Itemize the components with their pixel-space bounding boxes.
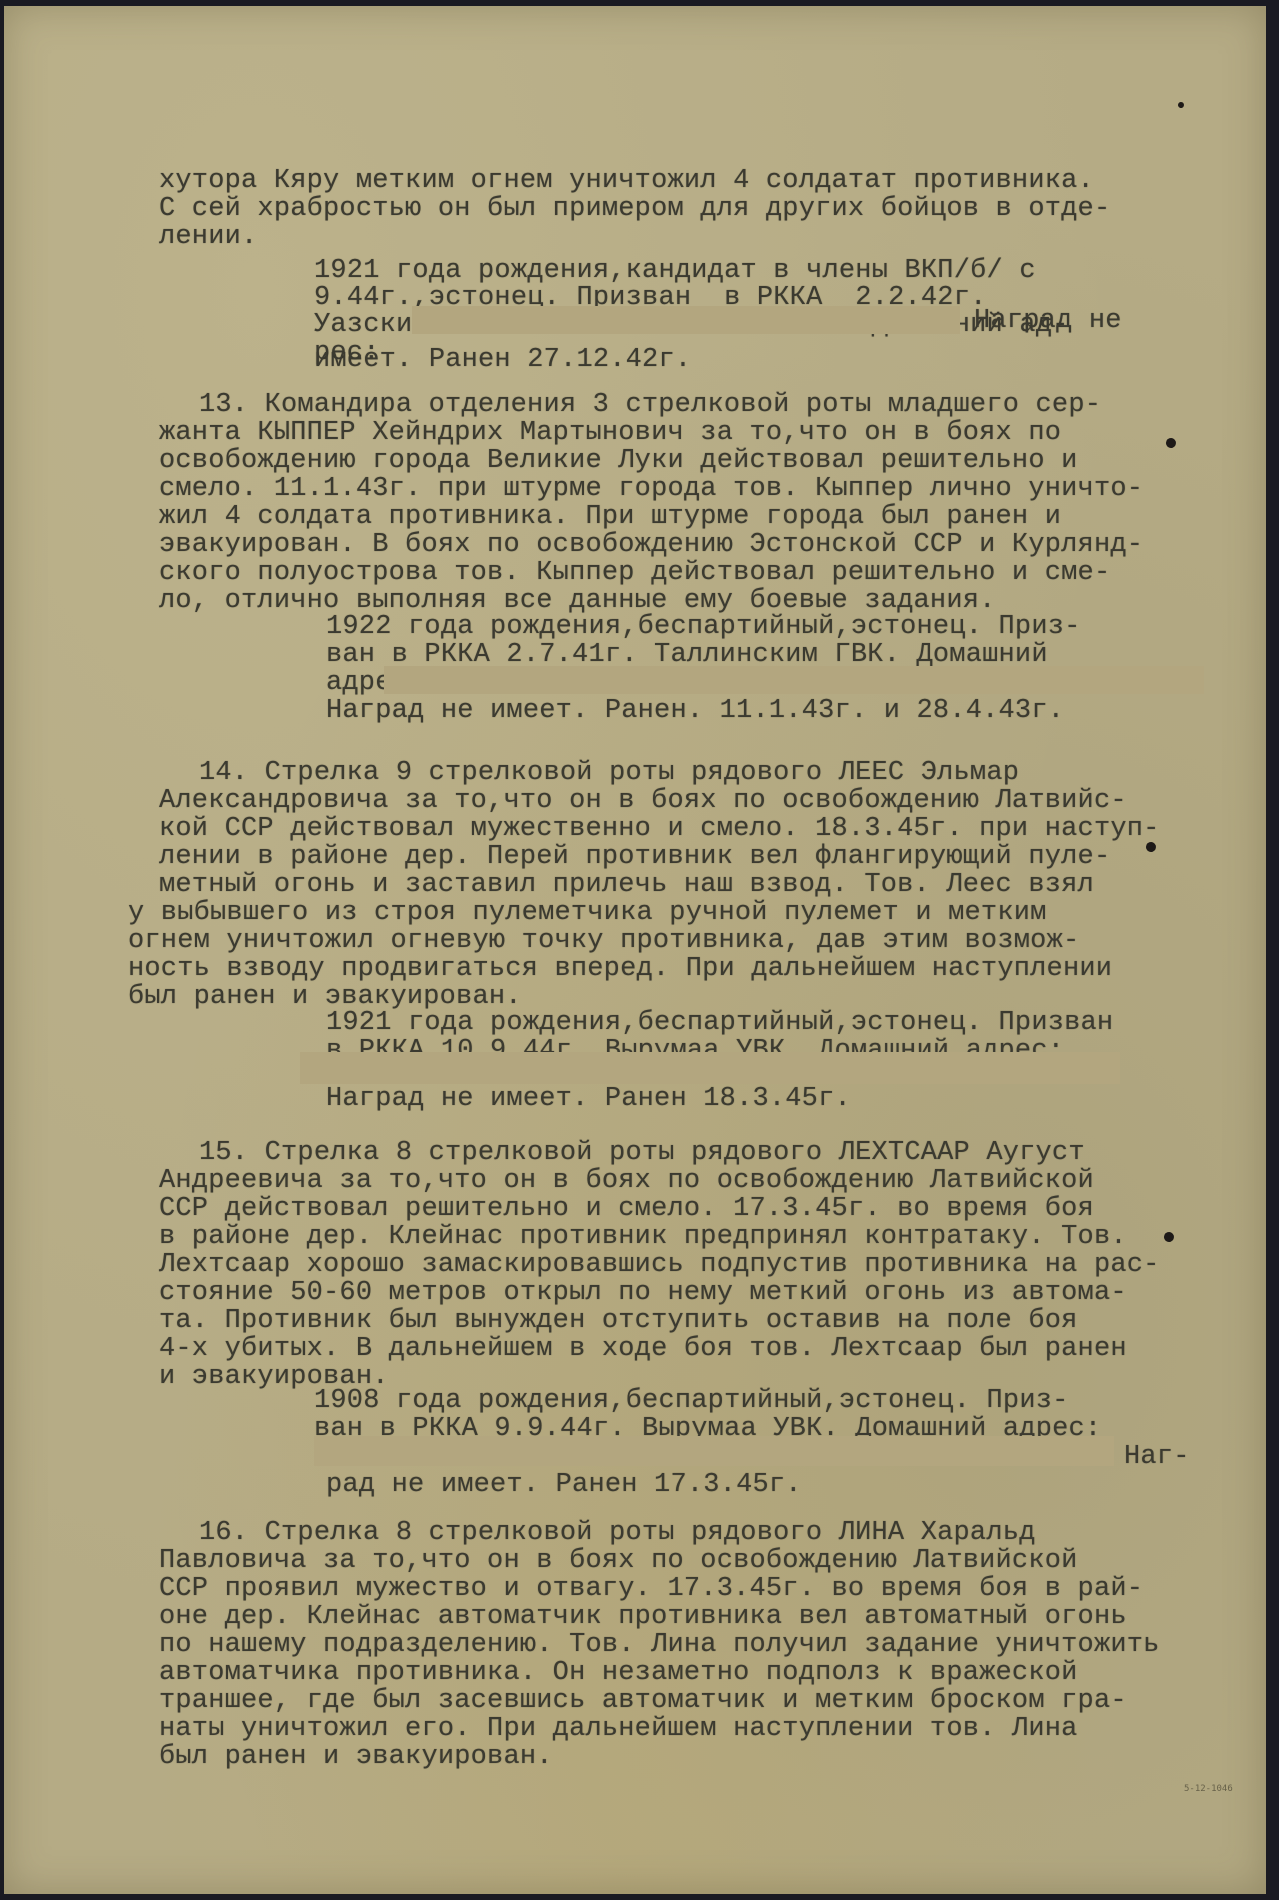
entry-13-bio-line-1: 1922 года рождения,беспартийный,эстонец.… [326,612,1081,642]
entry-16-line-8: наты уничтожил его. При дальнейшем насту… [159,1714,1078,1744]
ink-speck [1162,1230,1175,1243]
entry-13-bio-line-4: Наград не имеет. Ранен. 11.1.43г. и 28.4… [326,696,1064,726]
entry-14-line-3: кой ССР действовал мужественно и смело. … [159,814,1160,844]
entry-14-line-7: огнем уничтожил огневую точку противника… [128,926,1079,956]
intro-bio-line-1: 1921 года рождения,кандидат в члены ВКП/… [314,256,1036,286]
entry-16-line-7: траншее, где был засевшись автоматчик и … [159,1686,1127,1716]
entry-14-bio-line-1: 1921 года рождения,беспартийный,эстонец.… [326,1008,1113,1038]
entry-15-line-3: ССР действовал решительно и смело. 17.3.… [159,1194,1094,1224]
entry-14-line-4: лении в районе дер. Перей противник вел … [159,842,1110,872]
entry-15-line-4: в районе дер. Клейнас противник предприн… [159,1222,1127,1252]
redacted-address [384,666,1204,694]
entry-13-line-7: ского полуострова тов. Кыппер действовал… [159,558,1110,588]
entry-14-line-8: ность взводу продвигаться вперед. При да… [128,954,1112,984]
entry-14-line-6: у выбывшего из строя пулеметчика ручной … [128,898,1047,928]
entry-14-line-2: Александровича за то,что он в боях по ос… [159,786,1127,816]
entry-16-line-9: был ранен и эвакуирован. [159,1742,553,1772]
entry-16-line-1: 16. Стрелка 8 стрелковой роты рядового Л… [199,1518,1036,1548]
entry-13-line-6: эвакуирован. В боях по освобождению Эсто… [159,530,1143,560]
redacted-address [300,1052,1120,1084]
intro-line-3: лении. [159,222,257,252]
entry-15-line-5: Лехтсаар хорошо замаскировавшись подпуст… [159,1250,1160,1280]
document-page: хутора Кяру метким огнем уничтожил 4 сол… [4,6,1266,1894]
entry-13-line-3: освобождению города Великие Луки действо… [159,446,1078,476]
entry-15-line-6: стояние 50-60 метров открыл по нему метк… [159,1278,1127,1308]
entry-16-line-6: автоматчика противника. Он незаметно под… [159,1658,1078,1688]
ink-speck [1177,101,1185,109]
entry-13-line-4: смело. 11.1.43г. при штурме города тов. … [159,474,1143,504]
entry-15-line-1: 15. Стрелка 8 стрелковой роты рядового Л… [199,1138,1085,1168]
intro-line-2: С сей храбростью он был примером для дру… [159,194,1110,224]
entry-14-line-5: метный огонь и заставил прилечь наш взво… [159,870,1094,900]
entry-14-bio-line-4: Наград не имеет. Ранен 18.3.45г. [326,1084,851,1114]
intro-bio-line-5: имеет. Ранен 27.12.42г. [314,345,691,375]
entry-16-line-2: Павловича за то,что он в боях по освобож… [159,1546,1078,1576]
intro-line-1: хутора Кяру метким огнем уничтожил 4 сол… [159,166,1094,196]
entry-15-bio-line-4: рад не имеет. Ранен 17.3.45г. [326,1470,802,1500]
entry-15-line-2: Андреевича за то,что он в боях по освобо… [159,1166,1094,1196]
ink-speck [1164,436,1177,449]
entry-15-bio-line-1: 1908 года рождения,беспартийный,эстонец.… [314,1386,1069,1416]
entry-13-line-1: 13. Командира отделения 3 стрелковой рот… [199,390,1101,420]
entry-16-line-5: по нашему подразделению. Тов. Лина получ… [159,1630,1160,1660]
entry-15-line-7: та. Противник был вынужден отступить ост… [159,1306,1078,1336]
entry-15-bio-tail: Наг- [1124,1442,1190,1472]
entry-15-line-8: 4-х убитых. В дальнейшем в ходе боя тов.… [159,1334,1127,1364]
intro-bio-tail: Наград не [974,306,1122,336]
redacted-address [314,1436,1114,1466]
entry-16-line-3: ССР проявил мужество и отвагу. 17.3.45г.… [159,1574,1143,1604]
entry-16-line-4: оне дер. Клейнас автоматчик противника в… [159,1602,1127,1632]
entry-13-line-5: жил 4 солдата противника. При штурме гор… [159,502,1061,532]
entry-14-line-1: 14. Стрелка 9 стрелковой роты рядового Л… [199,758,1019,788]
entry-13-line-2: жанта КЫППЕР Хейндрих Мартынович за то,ч… [159,418,1061,448]
redacted-address [412,306,960,334]
archive-mark: 5-12-1046 [1184,1784,1233,1794]
